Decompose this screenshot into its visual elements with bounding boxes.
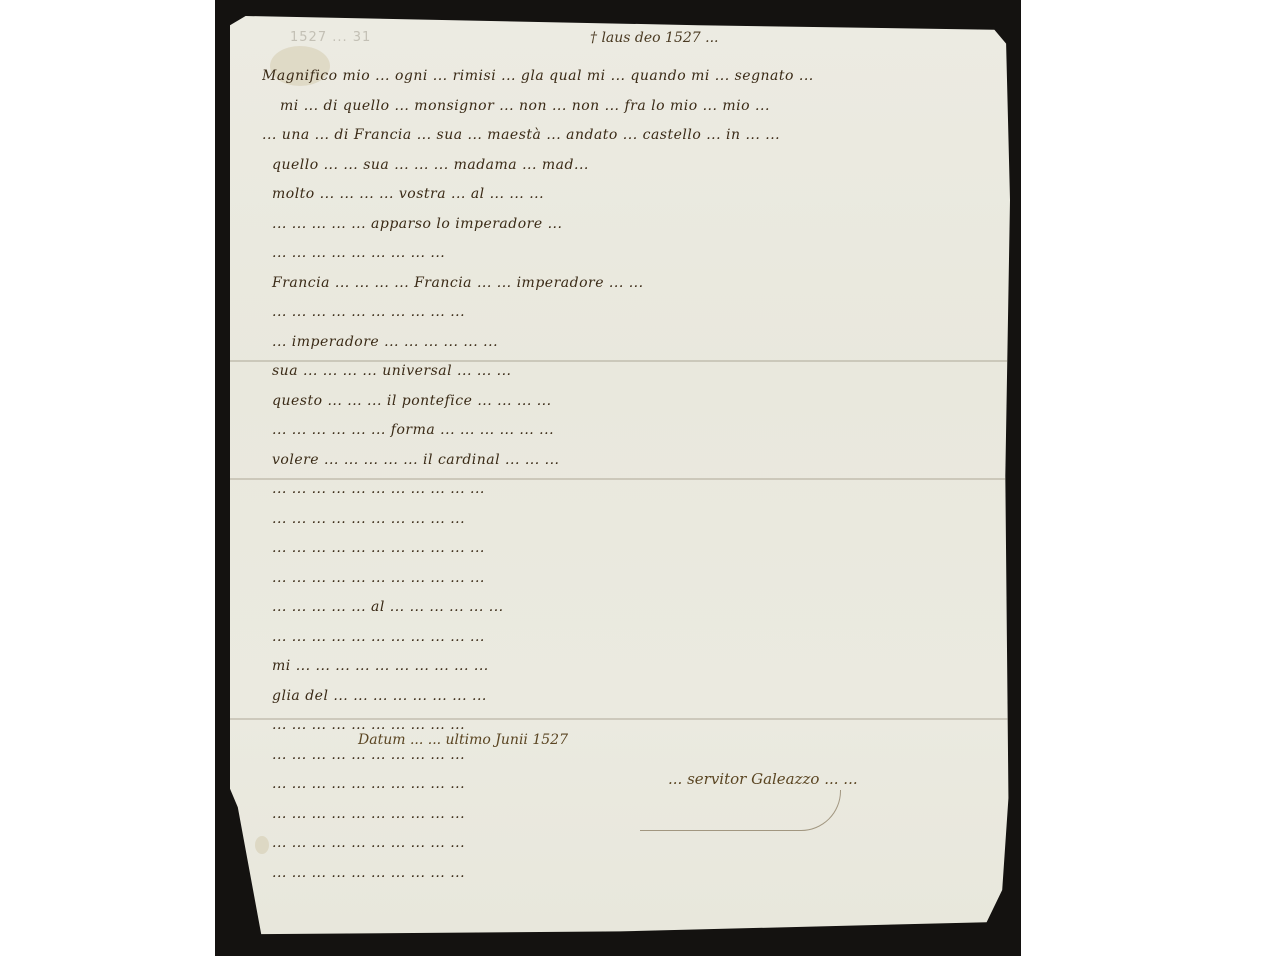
handwritten-line: molto ... ... ... ... vostra ... al ... … <box>262 180 1002 210</box>
handwritten-line: ... ... ... ... ... ... ... ... ... ... <box>262 800 1002 830</box>
handwritten-line: ... ... ... ... ... ... ... ... ... <box>262 239 1002 269</box>
handwritten-line: ... una ... di Francia ... sua ... maest… <box>262 121 1002 151</box>
handwritten-line: quello ... ... sua ... ... ... madama ..… <box>262 151 1002 181</box>
handwritten-line: ... ... ... ... ... ... ... ... ... ... <box>262 829 1002 859</box>
handwritten-line: ... ... ... ... ... al ... ... ... ... .… <box>262 593 1002 623</box>
handwritten-line: questo ... ... ... il pontefice ... ... … <box>262 387 1002 417</box>
letter-signature: ... servitor Galeazzo ... ... <box>668 770 858 788</box>
handwritten-line: Magnifico mio ... ogni ... rimisi ... gl… <box>262 62 1002 92</box>
handwritten-line: ... ... ... ... ... ... ... ... ... ... … <box>262 623 1002 653</box>
archival-pencil-note: 1527 ... 31 <box>290 30 371 45</box>
signature-flourish <box>640 790 841 831</box>
faded-margin-note <box>232 520 252 720</box>
handwritten-line: ... ... ... ... ... ... ... ... ... ... … <box>262 564 1002 594</box>
handwritten-line: Francia ... ... ... ... Francia ... ... … <box>262 269 1002 299</box>
handwritten-line: ... ... ... ... ... ... ... ... ... ... … <box>262 475 1002 505</box>
letter-heading: † laus deo 1527 ... <box>590 30 718 46</box>
handwritten-line: ... imperadore ... ... ... ... ... ... <box>262 328 1002 358</box>
handwritten-line: ... ... ... ... ... ... forma ... ... ..… <box>262 416 1002 446</box>
handwritten-line: ... ... ... ... ... ... ... ... ... ... … <box>262 534 1002 564</box>
letter-closing-date: Datum ... ... ultimo Junii 1527 <box>358 732 568 748</box>
handwritten-line: sua ... ... ... ... universal ... ... ..… <box>262 357 1002 387</box>
handwritten-line: mi ... ... ... ... ... ... ... ... ... .… <box>262 652 1002 682</box>
letter-body: Magnifico mio ... ogni ... rimisi ... gl… <box>262 62 1002 888</box>
handwritten-line: ... ... ... ... ... ... ... ... ... ... <box>262 770 1002 800</box>
handwritten-line: glia del ... ... ... ... ... ... ... ... <box>262 682 1002 712</box>
handwritten-line: ... ... ... ... ... ... ... ... ... ... <box>262 505 1002 535</box>
handwritten-line: ... ... ... ... ... ... ... ... ... ... <box>262 298 1002 328</box>
handwritten-line: volere ... ... ... ... ... il cardinal .… <box>262 446 1002 476</box>
handwritten-line: ... ... ... ... ... ... ... ... ... ... <box>262 859 1002 889</box>
handwritten-line: ... ... ... ... ... apparso lo imperador… <box>262 210 1002 240</box>
handwritten-line: mi ... di quello ... monsignor ... non .… <box>262 92 1002 122</box>
